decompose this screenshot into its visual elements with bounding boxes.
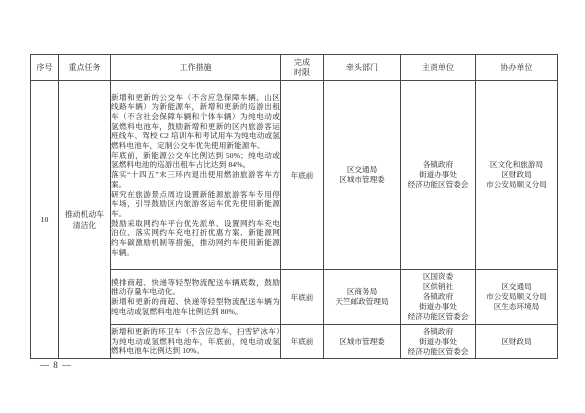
main-unit-cell: 各镇政府 街道办事处 经济功能区管委会 <box>401 81 476 270</box>
lead-dept-cell: 区城市管理委 <box>324 325 401 359</box>
header-measures: 工作措施 <box>111 55 281 81</box>
seq-cell: 10 <box>31 81 59 359</box>
org-line: 区城市管理委 <box>324 337 400 347</box>
org-line: 区财政局 <box>476 337 557 347</box>
main-unit-cell: 区国资委 区供销社 各镇政府 街道办事处 经济功能区管委会 <box>401 270 476 325</box>
assist-unit-cell: 区财政局 <box>476 325 558 359</box>
deadline-cell: 年底前 <box>281 325 324 359</box>
org-line: 经济功能区管委会 <box>401 347 475 357</box>
table-row: 新增和更新的环卫车（不含应急车、扫雪铲冰车）为纯电动或氢燃料电池车，年底前，纯电… <box>31 325 558 359</box>
org-line: 市公安局顺义分局 <box>476 292 557 302</box>
org-line: 区文化和旅游局 <box>476 160 557 170</box>
table-row: 摸排商超、快递等轻型物流配送车辆底数，鼓励推动存量车电动化。 新增和更新的商超、… <box>31 270 558 325</box>
measure-paragraph: 研究在旅游景点周边设置新能源旅游客车专用停车场，引导鼓励区内旅游客运车优先使用新… <box>111 190 280 219</box>
deadline-cell: 年底前 <box>281 270 324 325</box>
org-line: 各镇政府 <box>401 292 475 302</box>
header-main-unit: 主责单位 <box>401 55 476 81</box>
lead-dept-cell: 区交通局 区城市管理委 <box>324 81 401 270</box>
org-line: 经济功能区管委会 <box>401 180 475 190</box>
document-page: 序号 重点任务 工作措施 完成 时限 牵头部门 主责单位 协办单位 10 推动机… <box>0 0 585 413</box>
deadline-cell: 年底前 <box>281 81 324 270</box>
org-line: 区商务局 <box>324 287 400 297</box>
measure-paragraph: 新增和更新的环卫车（不含应急车、扫雪铲冰车）为纯电动或氢燃料电池车，年底前，纯电… <box>111 327 280 356</box>
header-lead-dept: 牵头部门 <box>324 55 401 81</box>
measure-paragraph: 摸排商超、快递等轻型物流配送车辆底数，鼓励推动存量车电动化。 <box>111 278 280 297</box>
table-row: 10 推动机动车 清洁化 新增和更新的公交车（不含应急保障车辆、山区线路车辆）为… <box>31 81 558 270</box>
measures-cell: 摸排商超、快递等轻型物流配送车辆底数，鼓励推动存量车电动化。 新增和更新的商超、… <box>111 270 281 325</box>
org-line: 区交通局 <box>476 282 557 292</box>
org-line: 各镇政府 <box>401 160 475 170</box>
lead-dept-cell: 区商务局 天竺邮政管理局 <box>324 270 401 325</box>
measure-paragraph: 年底前，新能源公交车比例达到 50%；纯电动或氢燃料电池的巡游出租车占比达到 8… <box>111 151 280 170</box>
assist-unit-cell: 区交通局 市公安局顺义分局 区生态环境局 <box>476 270 558 325</box>
task-table: 序号 重点任务 工作措施 完成 时限 牵头部门 主责单位 协办单位 10 推动机… <box>30 54 558 359</box>
org-line: 街道办事处 <box>401 302 475 312</box>
org-line: 市公安局顺义分局 <box>476 180 557 190</box>
org-line: 区城市管理委 <box>324 175 400 185</box>
assist-unit-cell: 区文化和旅游局 区财政局 市公安局顺义分局 <box>476 81 558 270</box>
org-line: 区国资委 <box>401 272 475 282</box>
measure-paragraph: 新增和更新的商超、快递等轻型物流配送车辆为纯电动或氢燃料电池车比例达到 80%。 <box>111 297 280 316</box>
measure-paragraph: 鼓励采取网约车平台优先派单、设置网约车充电泊位、落实网约车充电打折优惠方案、新能… <box>111 219 280 258</box>
measures-cell: 新增和更新的公交车（不含应急保障车辆、山区线路车辆）为新能源车，新增和更新的巡游… <box>111 81 281 270</box>
org-line: 经济功能区管委会 <box>401 312 475 322</box>
org-line: 区供销社 <box>401 282 475 292</box>
org-line: 各镇政府 <box>401 327 475 337</box>
header-deadline: 完成 时限 <box>281 55 324 81</box>
header-assist-unit: 协办单位 <box>476 55 558 81</box>
measures-cell: 新增和更新的环卫车（不含应急车、扫雪铲冰车）为纯电动或氢燃料电池车，年底前，纯电… <box>111 325 281 359</box>
header-row: 序号 重点任务 工作措施 完成 时限 牵头部门 主责单位 协办单位 <box>31 55 558 81</box>
task-cell: 推动机动车 清洁化 <box>59 81 111 359</box>
org-line: 区生态环境局 <box>476 302 557 312</box>
org-line: 区交通局 <box>324 165 400 175</box>
measure-paragraph: 新增和更新的公交车（不含应急保障车辆、山区线路车辆）为新能源车，新增和更新的巡游… <box>111 93 280 151</box>
org-line: 街道办事处 <box>401 170 475 180</box>
org-line: 区财政局 <box>476 170 557 180</box>
main-unit-cell: 各镇政府 街道办事处 经济功能区管委会 <box>401 325 476 359</box>
org-line: 天竺邮政管理局 <box>324 297 400 307</box>
header-seq: 序号 <box>31 55 59 81</box>
org-line: 街道办事处 <box>401 337 475 347</box>
measure-paragraph: 落实“十四五”末三环内退出使用燃油旅游客车方案。 <box>111 170 280 189</box>
page-number: — 8 — <box>40 360 72 370</box>
header-task: 重点任务 <box>59 55 111 81</box>
